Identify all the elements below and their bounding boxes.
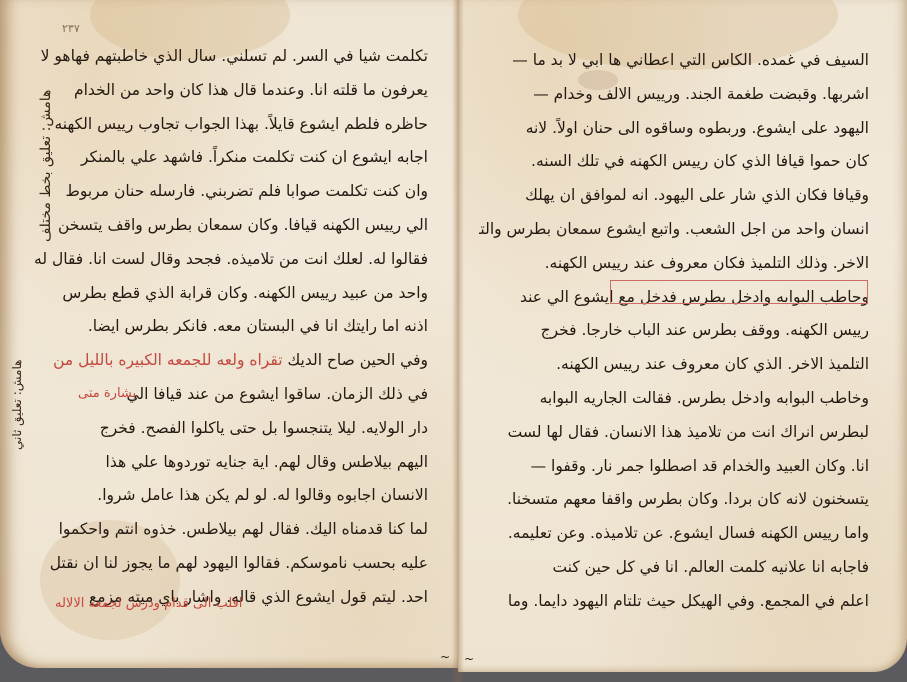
manuscript-spread: ٢٣٧ تكلمت شيا في السر. لم تسلني. سال الذ… <box>0 0 907 682</box>
text-line: فقالوا له. لعلك انت من تلاميذه. فجحد وقا… <box>33 243 428 277</box>
rubric-heading: بشارة متى <box>78 386 136 401</box>
page-number: ٢٣٧ <box>62 22 80 35</box>
rubric-box-outline <box>610 280 868 304</box>
text-line: اشربها. وقبضت طغمة الجند. ورييس الالف وخ… <box>479 78 869 112</box>
text-line: واما رييس الكهنه فسال ايشوع. عن تلاميذه.… <box>479 517 869 551</box>
text-line: التلميذ الاخر. الذي كان معروف عند رييس ا… <box>479 348 869 382</box>
text-line: اليهود على ايشوع. وربطوه وساقوه الى حنان… <box>479 112 869 146</box>
catchword: اقلب الى قدام ودرس لجمعه الالاله <box>55 596 242 611</box>
left-page: ٢٣٧ تكلمت شيا في السر. لم تسلني. سال الذ… <box>0 0 458 668</box>
margin-note: هامش: تعليق ثاني <box>10 360 24 580</box>
text-line: اليهم بيلاطس وقال لهم. اية جنايه توردوها… <box>33 446 428 480</box>
text-line: عليه بحسب ناموسكم. فقالوا اليهود لهم ما … <box>33 547 428 581</box>
text-line: الاخر. وذلك التلميذ فكان معروف عند رييس … <box>479 247 869 281</box>
margin-note: هامش: تعليق بخط مختلف <box>38 90 54 590</box>
rubric-text: تقراه ولعه للجمعه الكبيره بالليل من <box>53 351 282 369</box>
folio-mark: ~ <box>464 652 474 666</box>
book-gutter <box>452 0 464 682</box>
text-line: واحد من عبيد رييس الكهنه. وكان قرابة الذ… <box>33 277 428 311</box>
text-line: فاجابه انا علانيه كلمت العالم. انا في كل… <box>479 551 869 585</box>
text-line: لبطرس انراك انت من تلاميذ هذا الانسان. ف… <box>479 416 869 450</box>
text-line: لما كنا قدمناه اليك. فقال لهم بيلاطس. خذ… <box>33 513 428 547</box>
text-line: السيف في غمده. الكاس التي اعطاني ها ابي … <box>479 44 869 78</box>
text-line: يعرفون ما قلته انا. وعندما قال هذا كان و… <box>33 74 428 108</box>
text-line: وقيافا فكان الذي شار على اليهود. انه لمو… <box>479 179 869 213</box>
right-page: السيف في غمده. الكاس التي اعطاني ها ابي … <box>458 0 907 672</box>
text-line: حاظره فلطم ايشوع قايلاً. بهذا الجواب تجا… <box>33 108 428 142</box>
text-line: وان كنت تكلمت صوابا فلم تضربني. فارسله ح… <box>33 175 428 209</box>
text-line: دار الولايه. ليلا يتنجسوا بل حتى ياكلوا … <box>33 412 428 446</box>
text-segment: في ذلك الزمان. ساقوا ايشوع من عند قيافا … <box>126 385 428 403</box>
text-line: اجابه ايشوع ان كنت تكلمت منكراً. فاشهد ع… <box>33 141 428 175</box>
text-line: رييس الكهنه. ووقف بطرس عند الباب خارجا. … <box>479 314 869 348</box>
text-line: اعلم في المجمع. وفي الهيكل حيث تلتام الي… <box>479 585 869 619</box>
text-line-with-rubric: وفي الحين صاح الديك تقراه ولعه للجمعه ال… <box>33 344 428 378</box>
left-page-text: تكلمت شيا في السر. لم تسلني. سال الذي خا… <box>33 40 428 615</box>
text-line: انسان واحد من اجل الشعب. واتبع ايشوع سمع… <box>479 213 869 247</box>
right-page-text: السيف في غمده. الكاس التي اعطاني ها ابي … <box>479 44 869 619</box>
text-line: اذنه اما رايتك انا في البستان معه. فانكر… <box>33 310 428 344</box>
text-line: الي رييس الكهنه قيافا. وكان سمعان بطرس و… <box>33 209 428 243</box>
text-line: كان حموا قيافا الذي كان رييس الكهنه في ت… <box>479 145 869 179</box>
text-line: انا. وكان العبيد والخدام قد اصطلوا جمر ن… <box>479 450 869 484</box>
text-line: يتسخنون لانه كان بردا. وكان بطرس واقفا م… <box>479 483 869 517</box>
folio-mark: ~ <box>440 650 450 664</box>
text-line: تكلمت شيا في السر. لم تسلني. سال الذي خا… <box>33 40 428 74</box>
text-line: الانسان اجابوه وقالوا له. لو لم يكن هذا … <box>33 479 428 513</box>
text-line: وخاطب البوابه وادخل بطرس. فقالت الجاريه … <box>479 382 869 416</box>
text-segment: وفي الحين صاح الديك <box>287 351 428 369</box>
